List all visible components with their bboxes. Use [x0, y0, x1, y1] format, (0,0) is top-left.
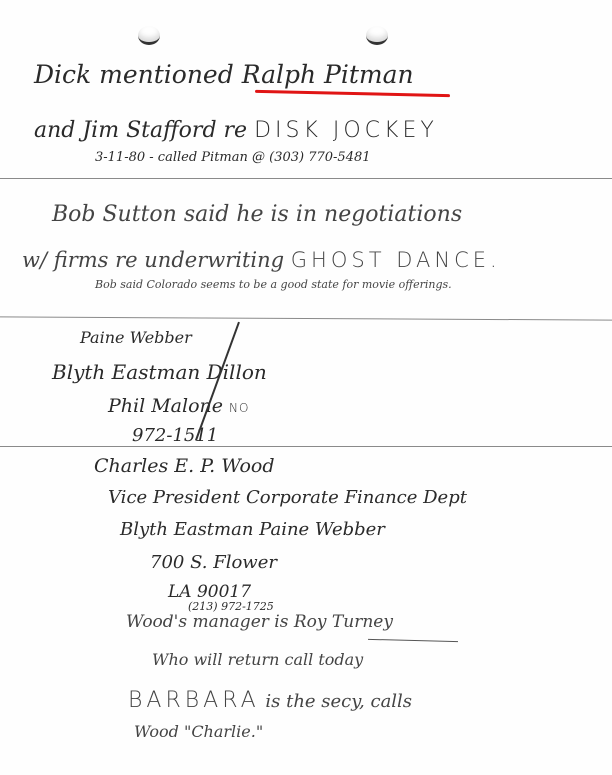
note-line-phone-972-1511: 972-1511 [132, 425, 218, 446]
note-line-called-pitman: 3-11-80 - called Pitman @ (303) 770-5481 [95, 150, 371, 165]
note-line-phil-malone: Phil Malone NO [108, 395, 249, 417]
handwritten-note-page: Dick mentioned Ralph Pitman and Jim Staf… [0, 0, 612, 775]
text: is the secy, calls [265, 691, 412, 712]
divider [0, 446, 612, 447]
caps-text: NO [229, 401, 249, 415]
note-line-return-call: Who will return call today [152, 650, 363, 669]
contact-name: Charles E. P. Wood [94, 455, 275, 477]
note-line-firms: w/ firms re underwriting GHOST DANCE. [22, 248, 501, 272]
highlighted-name: Ralph Pitman [242, 60, 414, 89]
caps-text: BARBARA [128, 688, 260, 713]
text: Wood's manager is [126, 612, 288, 632]
text: and Jim Stafford re [34, 118, 247, 143]
note-line-barbara: BARBARA is the secy, calls [128, 688, 412, 713]
note-line-bob-sutton: Bob Sutton said he is in negotiations [52, 202, 462, 227]
punch-hole [366, 26, 388, 45]
contact-company: Blyth Eastman Paine Webber [120, 519, 385, 540]
caps-text: DISK JOCKEY [254, 118, 438, 143]
divider [0, 316, 612, 320]
contact-street: 700 S. Flower [150, 552, 277, 573]
note-line-paine-webber: Paine Webber [80, 328, 192, 347]
contact-city: LA 90017 [168, 582, 251, 602]
text: Dick mentioned [34, 60, 234, 89]
red-underline [255, 90, 450, 97]
note-line-manager: Wood's manager is Roy Turney [126, 612, 393, 632]
note-line-blyth-eastman-dillon: Blyth Eastman Dillon [52, 360, 267, 384]
manager-name: Roy Turney [294, 612, 393, 632]
note-line-charlie: Wood "Charlie." [134, 722, 263, 741]
contact-title: Vice President Corporate Finance Dept [108, 487, 467, 508]
note-line-colorado: Bob said Colorado seems to be a good sta… [95, 278, 452, 291]
divider [0, 178, 612, 179]
caps-text: GHOST DANCE. [291, 248, 501, 272]
note-line-dick-mentioned: Dick mentioned Ralph Pitman [34, 60, 414, 89]
punch-hole [138, 26, 160, 45]
underline [368, 639, 458, 642]
text: w/ firms re underwriting [22, 248, 284, 272]
note-line-jim-stafford: and Jim Stafford re DISK JOCKEY [34, 118, 438, 143]
